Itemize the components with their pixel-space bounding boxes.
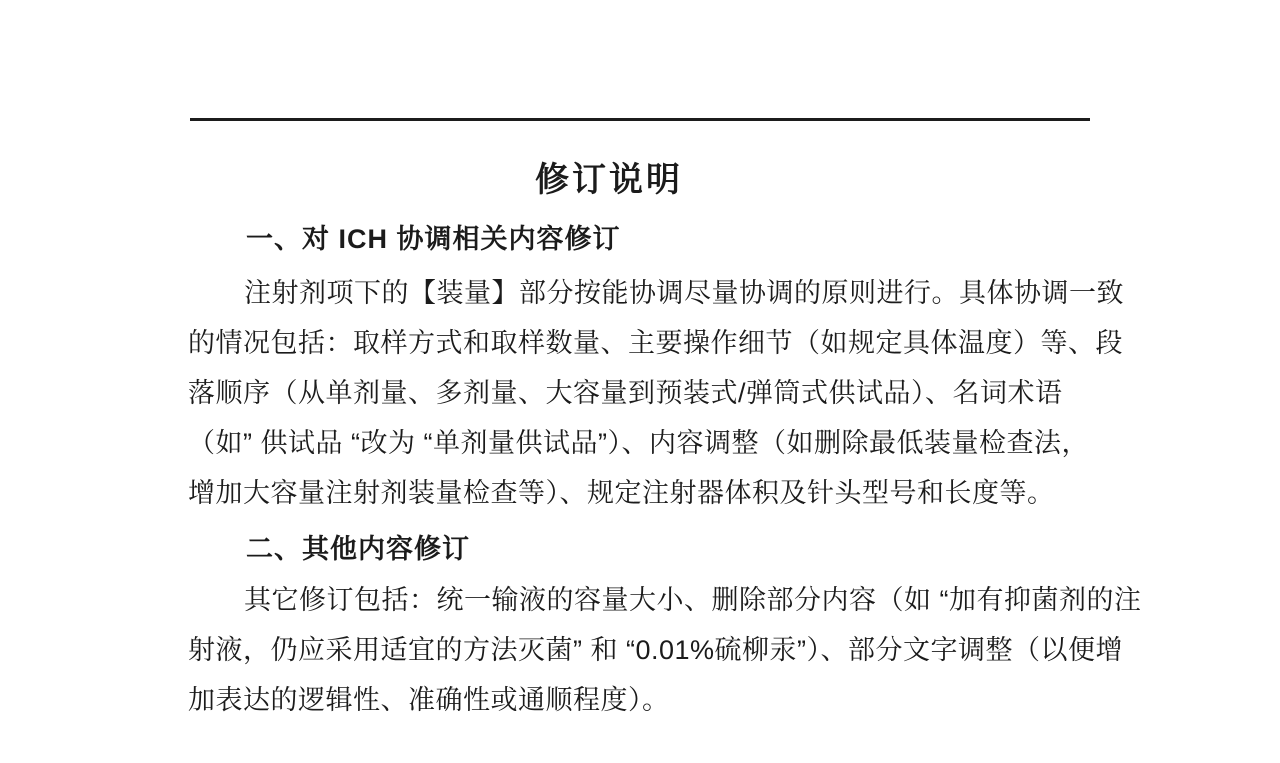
section-2-paragraph: 其它修订包括：统一输液的容量大小、删除部分内容（如 “加有抑菌剂的注 射液，仍应…	[188, 575, 1138, 725]
paragraph-line: 注射剂项下的【装量】部分按能协调尽量协调的原则进行。具体协调一致	[188, 268, 1138, 318]
paragraph-line: 增加大容量注射剂装量检查等）、规定注射器体积及针头型号和长度等。	[188, 468, 1138, 518]
section-1-heading: 一、对 ICH 协调相关内容修订	[246, 214, 621, 264]
section-2-heading: 二、其他内容修订	[246, 524, 470, 574]
document-page: 修订说明 一、对 ICH 协调相关内容修订 注射剂项下的【装量】部分按能协调尽量…	[0, 0, 1280, 763]
paragraph-line: 射液，仍应采用适宜的方法灭菌” 和 “0.01%硫柳汞”）、部分文字调整（以便增	[188, 625, 1138, 675]
paragraph-line: 的情况包括：取样方式和取样数量、主要操作细节（如规定具体温度）等、段	[188, 318, 1138, 368]
header-rule	[190, 118, 1090, 121]
paragraph-line: 其它修订包括：统一输液的容量大小、删除部分内容（如 “加有抑菌剂的注	[188, 575, 1138, 625]
paragraph-line: 加表达的逻辑性、准确性或通顺程度）。	[188, 675, 1138, 725]
paragraph-line: （如” 供试品 “改为 “单剂量供试品”）、内容调整（如删除最低装量检查法，	[188, 418, 1138, 468]
paragraph-line: 落顺序（从单剂量、多剂量、大容量到预装式/弹筒式供试品）、名词术语	[188, 368, 1138, 418]
section-1-paragraph: 注射剂项下的【装量】部分按能协调尽量协调的原则进行。具体协调一致 的情况包括：取…	[188, 268, 1138, 518]
page-title: 修订说明	[158, 155, 1060, 205]
